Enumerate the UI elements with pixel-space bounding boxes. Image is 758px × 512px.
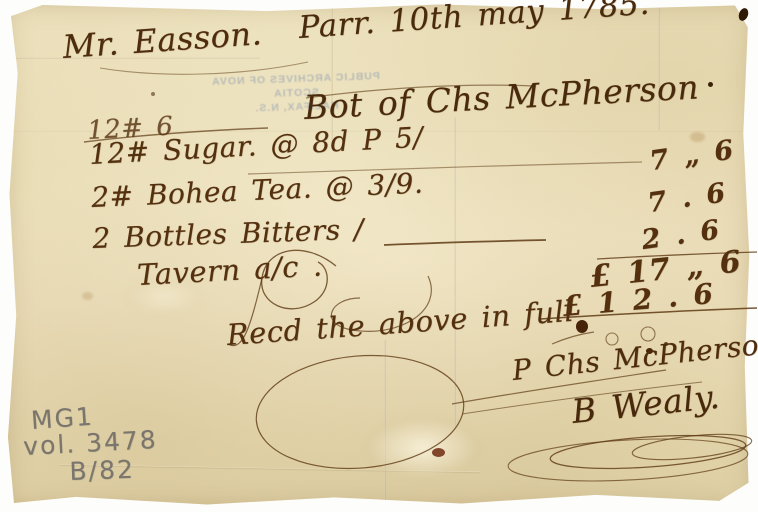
foxing-spot [82, 292, 93, 300]
fold-crease [658, 2, 660, 130]
ink-blot [576, 320, 588, 333]
ink-blot [737, 7, 750, 22]
rust-spot [432, 448, 445, 457]
ink-blot [151, 92, 155, 96]
scanned-receipt: PUBLIC ARCHIVES OF NOVA SCOTIA HALIFAX, … [0, 0, 758, 512]
fold-crease [454, 117, 456, 427]
pencil-ref-line3: B/82 [69, 455, 135, 486]
ink-blot [708, 82, 713, 87]
crumple-mark [365, 417, 480, 479]
